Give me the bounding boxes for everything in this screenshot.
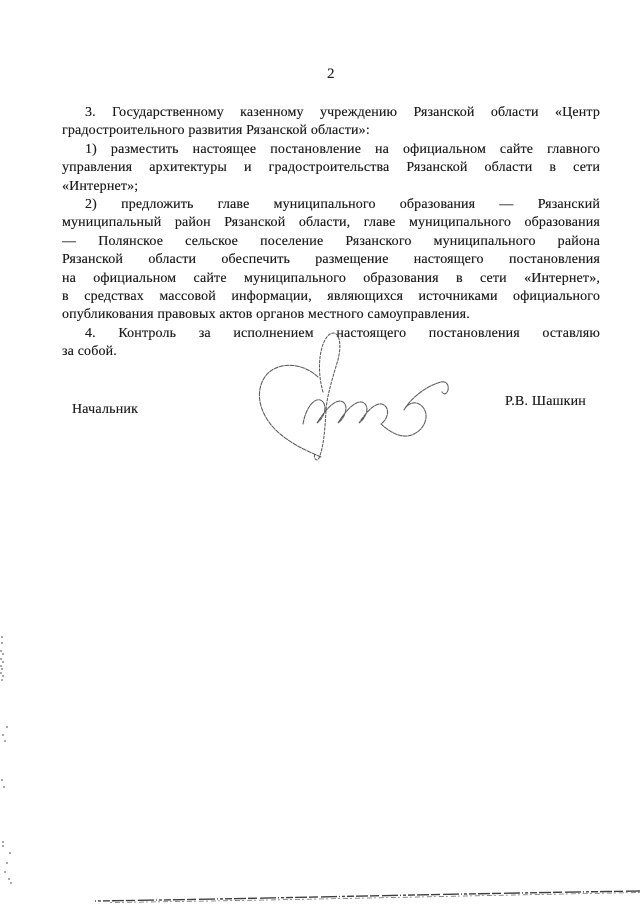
document-line: муниципальный район Рязанской области, г… — [62, 214, 600, 232]
scan-dot-artifact — [1, 779, 3, 781]
scan-dot-artifact — [1, 636, 3, 638]
document-line: в средствах массовой информации, являющи… — [62, 288, 600, 306]
document-line: градостроительного развития Рязанской об… — [62, 122, 600, 140]
scan-dot-artifact — [1, 668, 3, 670]
document-line: 3. Государственному казенному учреждению… — [62, 104, 600, 122]
scan-dot-artifact — [1, 642, 3, 644]
signer-name-label: Р.В. Шашкин — [505, 394, 586, 410]
signer-position-label: Начальник — [72, 402, 138, 418]
scan-dot-artifact — [2, 661, 4, 663]
document-line: на официальном сайте муниципального обра… — [62, 270, 600, 288]
scan-dot-artifact — [6, 862, 8, 864]
scan-dot-artifact — [4, 871, 6, 873]
scan-dot-artifact — [2, 675, 4, 677]
scan-dot-artifact — [10, 882, 12, 884]
page-number: 2 — [62, 66, 600, 83]
scan-dot-artifact — [9, 852, 11, 854]
scan-dot-artifact — [6, 726, 8, 728]
scan-dot-artifact — [1, 679, 3, 681]
document-line: 1) разместить настоящее постановление на… — [62, 141, 600, 159]
scan-dot-artifact — [2, 653, 4, 655]
document-line: 2) предложить главе муниципального образ… — [62, 196, 600, 214]
scan-dot-artifact — [8, 878, 10, 880]
document-line: — Полянское сельское поселение Рязанског… — [62, 233, 600, 251]
scan-dot-artifact — [2, 734, 4, 736]
scan-dot-artifact — [2, 845, 4, 847]
document-body: 3. Государственному казенному учреждению… — [62, 104, 600, 361]
document-line: опубликования правовых актов органов мес… — [62, 306, 600, 324]
scanned-document-page: 2 3. Государственному казенному учрежден… — [0, 0, 640, 905]
scan-dot-artifact — [0, 650, 2, 652]
scan-dot-artifact — [2, 841, 4, 843]
document-line: «Интернет»; — [62, 178, 600, 196]
document-line: Рязанской области обеспечить размещение … — [62, 251, 600, 269]
scan-dot-artifact — [3, 786, 5, 788]
scan-bottom-edge-artifact — [0, 884, 640, 905]
scan-dot-artifact — [0, 665, 2, 667]
document-line: управления архитектуры и градостроительс… — [62, 159, 600, 177]
scan-dot-artifact — [0, 672, 2, 674]
handwritten-signature-icon — [250, 326, 458, 466]
scan-dot-artifact — [4, 740, 6, 742]
scan-dot-artifact — [0, 658, 2, 660]
